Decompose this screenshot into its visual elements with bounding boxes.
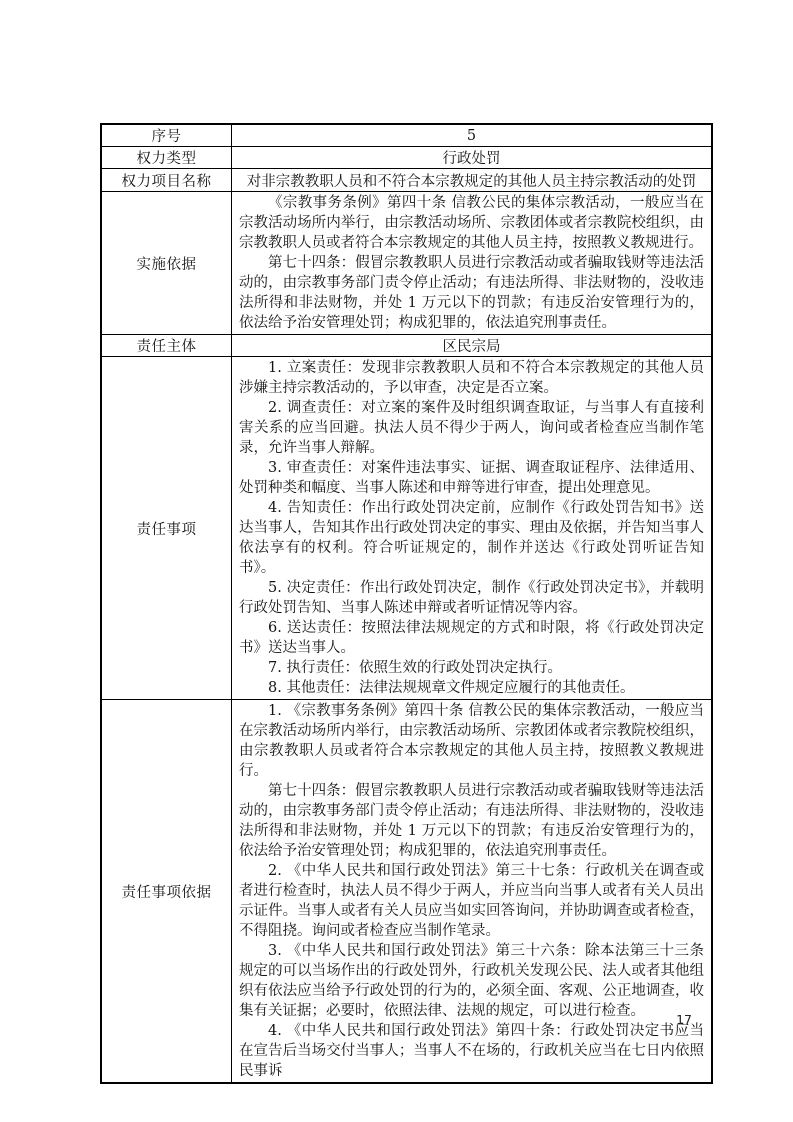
paragraph: 1. 立案责任：发现非宗教教职人员和不符合本宗教规定的其他人员涉嫌主持宗教活动的…: [239, 358, 704, 398]
row-value-responsible-subject: 区民宗局: [232, 335, 713, 357]
row-value-serial: 5: [232, 124, 713, 147]
table-row-power-type: 权力类型 行政处罚: [101, 147, 712, 169]
paragraph: 2. 《中华人民共和国行政处罚法》第三十七条：行政机关在调查或者进行检查时，执法…: [239, 861, 704, 941]
table-row-serial: 序号 5: [101, 124, 712, 147]
table-row-responsible-subject: 责任主体 区民宗局: [101, 335, 712, 357]
paragraph: 4. 告知责任：作出行政处罚决定前，应制作《行政处罚告知书》送达当事人，告知其作…: [239, 498, 704, 578]
page-number: 17: [676, 1012, 692, 1027]
row-paragraphs-responsibility-items: 1. 立案责任：发现非宗教教职人员和不符合本宗教规定的其他人员涉嫌主持宗教活动的…: [232, 357, 713, 700]
document-page: 序号 5 权力类型 行政处罚 权力项目名称 对非宗教教职人员和不符合本宗教规定的…: [0, 0, 793, 1122]
row-label-responsibility-basis: 责任事项依据: [101, 700, 232, 1084]
paragraph: 第七十四条：假冒宗教教职人员进行宗教活动或者骗取钱财等违法活动的，由宗教事务部门…: [239, 253, 704, 333]
paragraph: 2. 调查责任：对立案的案件及时组织调查取证，与当事人有直接利害关系的应当回避。…: [239, 398, 704, 458]
paragraph: 6. 送达责任：按照法律法规规定的方式和时限，将《行政处罚决定书》送达当事人。: [239, 618, 704, 658]
row-label-item-name: 权力项目名称: [101, 169, 232, 192]
paragraph: 7. 执行责任：依照生效的行政处罚决定执行。: [239, 658, 704, 678]
row-paragraphs-implementation-basis: 《宗教事务条例》第四十条 信教公民的集体宗教活动，一般应当在宗教活动场所内举行，…: [232, 192, 713, 335]
paragraph: 3. 《中华人民共和国行政处罚法》第三十六条：除本法第三十三条规定的可以当场作出…: [239, 941, 704, 1021]
paragraph: 第七十四条：假冒宗教教职人员进行宗教活动或者骗取钱财等违法活动的，由宗教事务部门…: [239, 781, 704, 861]
table-row-responsibility-items: 责任事项 1. 立案责任：发现非宗教教职人员和不符合本宗教规定的其他人员涉嫌主持…: [101, 357, 712, 700]
power-item-table: 序号 5 权力类型 行政处罚 权力项目名称 对非宗教教职人员和不符合本宗教规定的…: [100, 123, 713, 1084]
paragraph: 8. 其他责任：法律法规规章文件规定应履行的其他责任。: [239, 678, 704, 698]
row-label-serial: 序号: [101, 124, 232, 147]
table-row-item-name: 权力项目名称 对非宗教教职人员和不符合本宗教规定的其他人员主持宗教活动的处罚: [101, 169, 712, 192]
row-value-item-name: 对非宗教教职人员和不符合本宗教规定的其他人员主持宗教活动的处罚: [232, 169, 713, 192]
paragraph: 4. 《中华人民共和国行政处罚法》第四十条：行政处罚决定书应当在宣告后当场交付当…: [239, 1021, 704, 1081]
paragraph: 3. 审查责任：对案件违法事实、证据、调查取证程序、法律适用、处罚种类和幅度、当…: [239, 458, 704, 498]
row-label-responsible-subject: 责任主体: [101, 335, 232, 357]
row-label-responsibility-items: 责任事项: [101, 357, 232, 700]
paragraph: 1. 《宗教事务条例》第四十条 信教公民的集体宗教活动，一般应当在宗教活动场所内…: [239, 701, 704, 781]
row-label-power-type: 权力类型: [101, 147, 232, 169]
table-row-responsibility-basis: 责任事项依据 1. 《宗教事务条例》第四十条 信教公民的集体宗教活动，一般应当在…: [101, 700, 712, 1084]
row-paragraphs-responsibility-basis: 1. 《宗教事务条例》第四十条 信教公民的集体宗教活动，一般应当在宗教活动场所内…: [232, 700, 713, 1084]
row-label-implementation-basis: 实施依据: [101, 192, 232, 335]
table-row-implementation-basis: 实施依据 《宗教事务条例》第四十条 信教公民的集体宗教活动，一般应当在宗教活动场…: [101, 192, 712, 335]
paragraph: 《宗教事务条例》第四十条 信教公民的集体宗教活动，一般应当在宗教活动场所内举行，…: [239, 193, 704, 253]
paragraph: 5. 决定责任：作出行政处罚决定，制作《行政处罚决定书》，并载明行政处罚告知、当…: [239, 578, 704, 618]
row-value-power-type: 行政处罚: [232, 147, 713, 169]
